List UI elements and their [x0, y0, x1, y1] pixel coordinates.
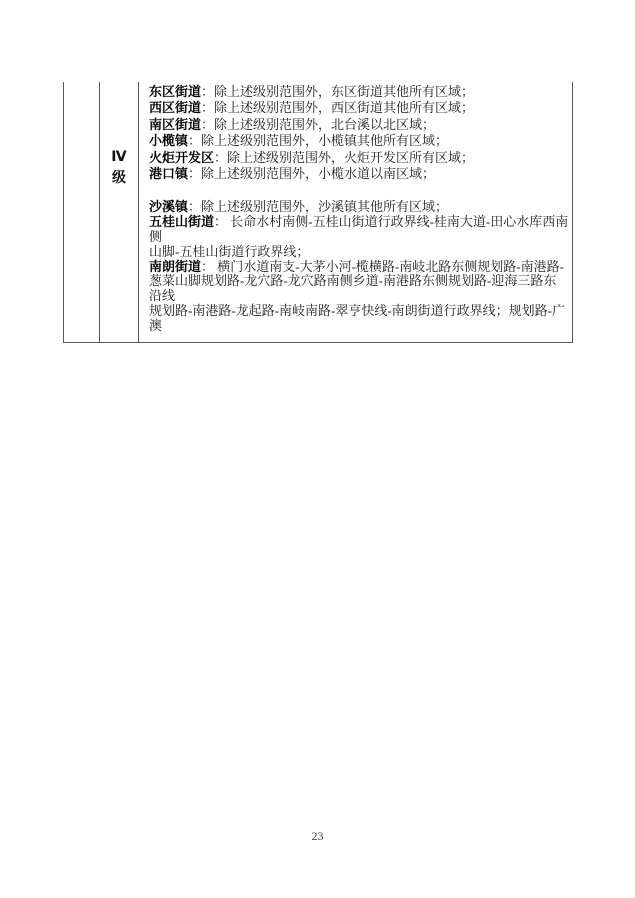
district-text-line: 南朗街道： 横门水道南支-大茅小河-榄横路-南岐北路东侧规划路-南港路-	[149, 260, 566, 275]
district-text-line: 五桂山街道： 长命水村南侧-五桂山街道行政界线-桂南大道-田心水库西南	[149, 215, 566, 230]
district-text-line: 沙溪镇：除上述级别范围外，沙溪镇其他所有区域；	[149, 200, 566, 215]
district-text-line: 山脚-五桂山街道行政界线；	[149, 245, 566, 260]
district-text-line: 澳	[149, 319, 566, 334]
district-name: 南区街道	[149, 117, 201, 132]
level-suffix: 级	[100, 167, 138, 188]
table-cell-districts: 东区街道：除上述级别范围外，东区街道其他所有区域；西区街道：除上述级别范围外，西…	[138, 82, 573, 342]
district-text-line: 侧	[149, 230, 566, 245]
district-name: 东区街道	[149, 84, 201, 99]
district-text-line: 港口镇：除上述级别范围外，小榄水道以南区域；	[149, 166, 566, 182]
district-name: 小榄镇	[149, 133, 188, 148]
district-name: 火炬开发区	[149, 150, 214, 165]
district-text-line: 规划路-南港路-龙起路-南岐南路-翠亨快线-南朗街道行政界线；规划路-广	[149, 304, 566, 319]
district-text-line: 沿线	[149, 289, 566, 304]
district-text-line: 小榄镇：除上述级别范围外，小榄镇其他所有区域；	[149, 133, 566, 149]
district-name: 南朗街道	[149, 259, 201, 274]
level-cell-text: 东区街道：除上述级别范围外，东区街道其他所有区域；西区街道：除上述级别范围外，西…	[149, 84, 566, 334]
district-text-line: 火炬开发区：除上述级别范围外，火炬开发区所有区域；	[149, 150, 566, 166]
district-text-line: 南区街道：除上述级别范围外，北台溪以北区域；	[149, 117, 566, 133]
level-numeral: Ⅳ	[100, 146, 138, 167]
district-text-line: 东区街道：除上述级别范围外，东区街道其他所有区域；	[149, 84, 566, 100]
district-name: 五桂山街道	[149, 214, 214, 229]
document-page: { "page": { "number": "23" }, "table": {…	[0, 0, 635, 898]
district-text-line: 西区街道：除上述级别范围外，西区街道其他所有区域；	[149, 100, 566, 116]
level-label: Ⅳ 级	[100, 82, 138, 188]
district-name: 港口镇	[149, 166, 188, 181]
table-cell-level: Ⅳ 级	[99, 82, 138, 342]
page-number: 23	[0, 829, 635, 844]
zoning-table: Ⅳ 级 东区街道：除上述级别范围外，东区街道其他所有区域；西区街道：除上述级别范…	[63, 82, 573, 343]
district-text-line: 葱菜山脚规划路-龙穴路-龙穴路南侧乡道-南港路东侧规划路-迎海三路东	[149, 274, 566, 289]
district-name: 西区街道	[149, 100, 201, 115]
district-name: 沙溪镇	[149, 199, 188, 214]
table-cell-empty	[63, 82, 99, 342]
blank-line	[149, 182, 566, 200]
